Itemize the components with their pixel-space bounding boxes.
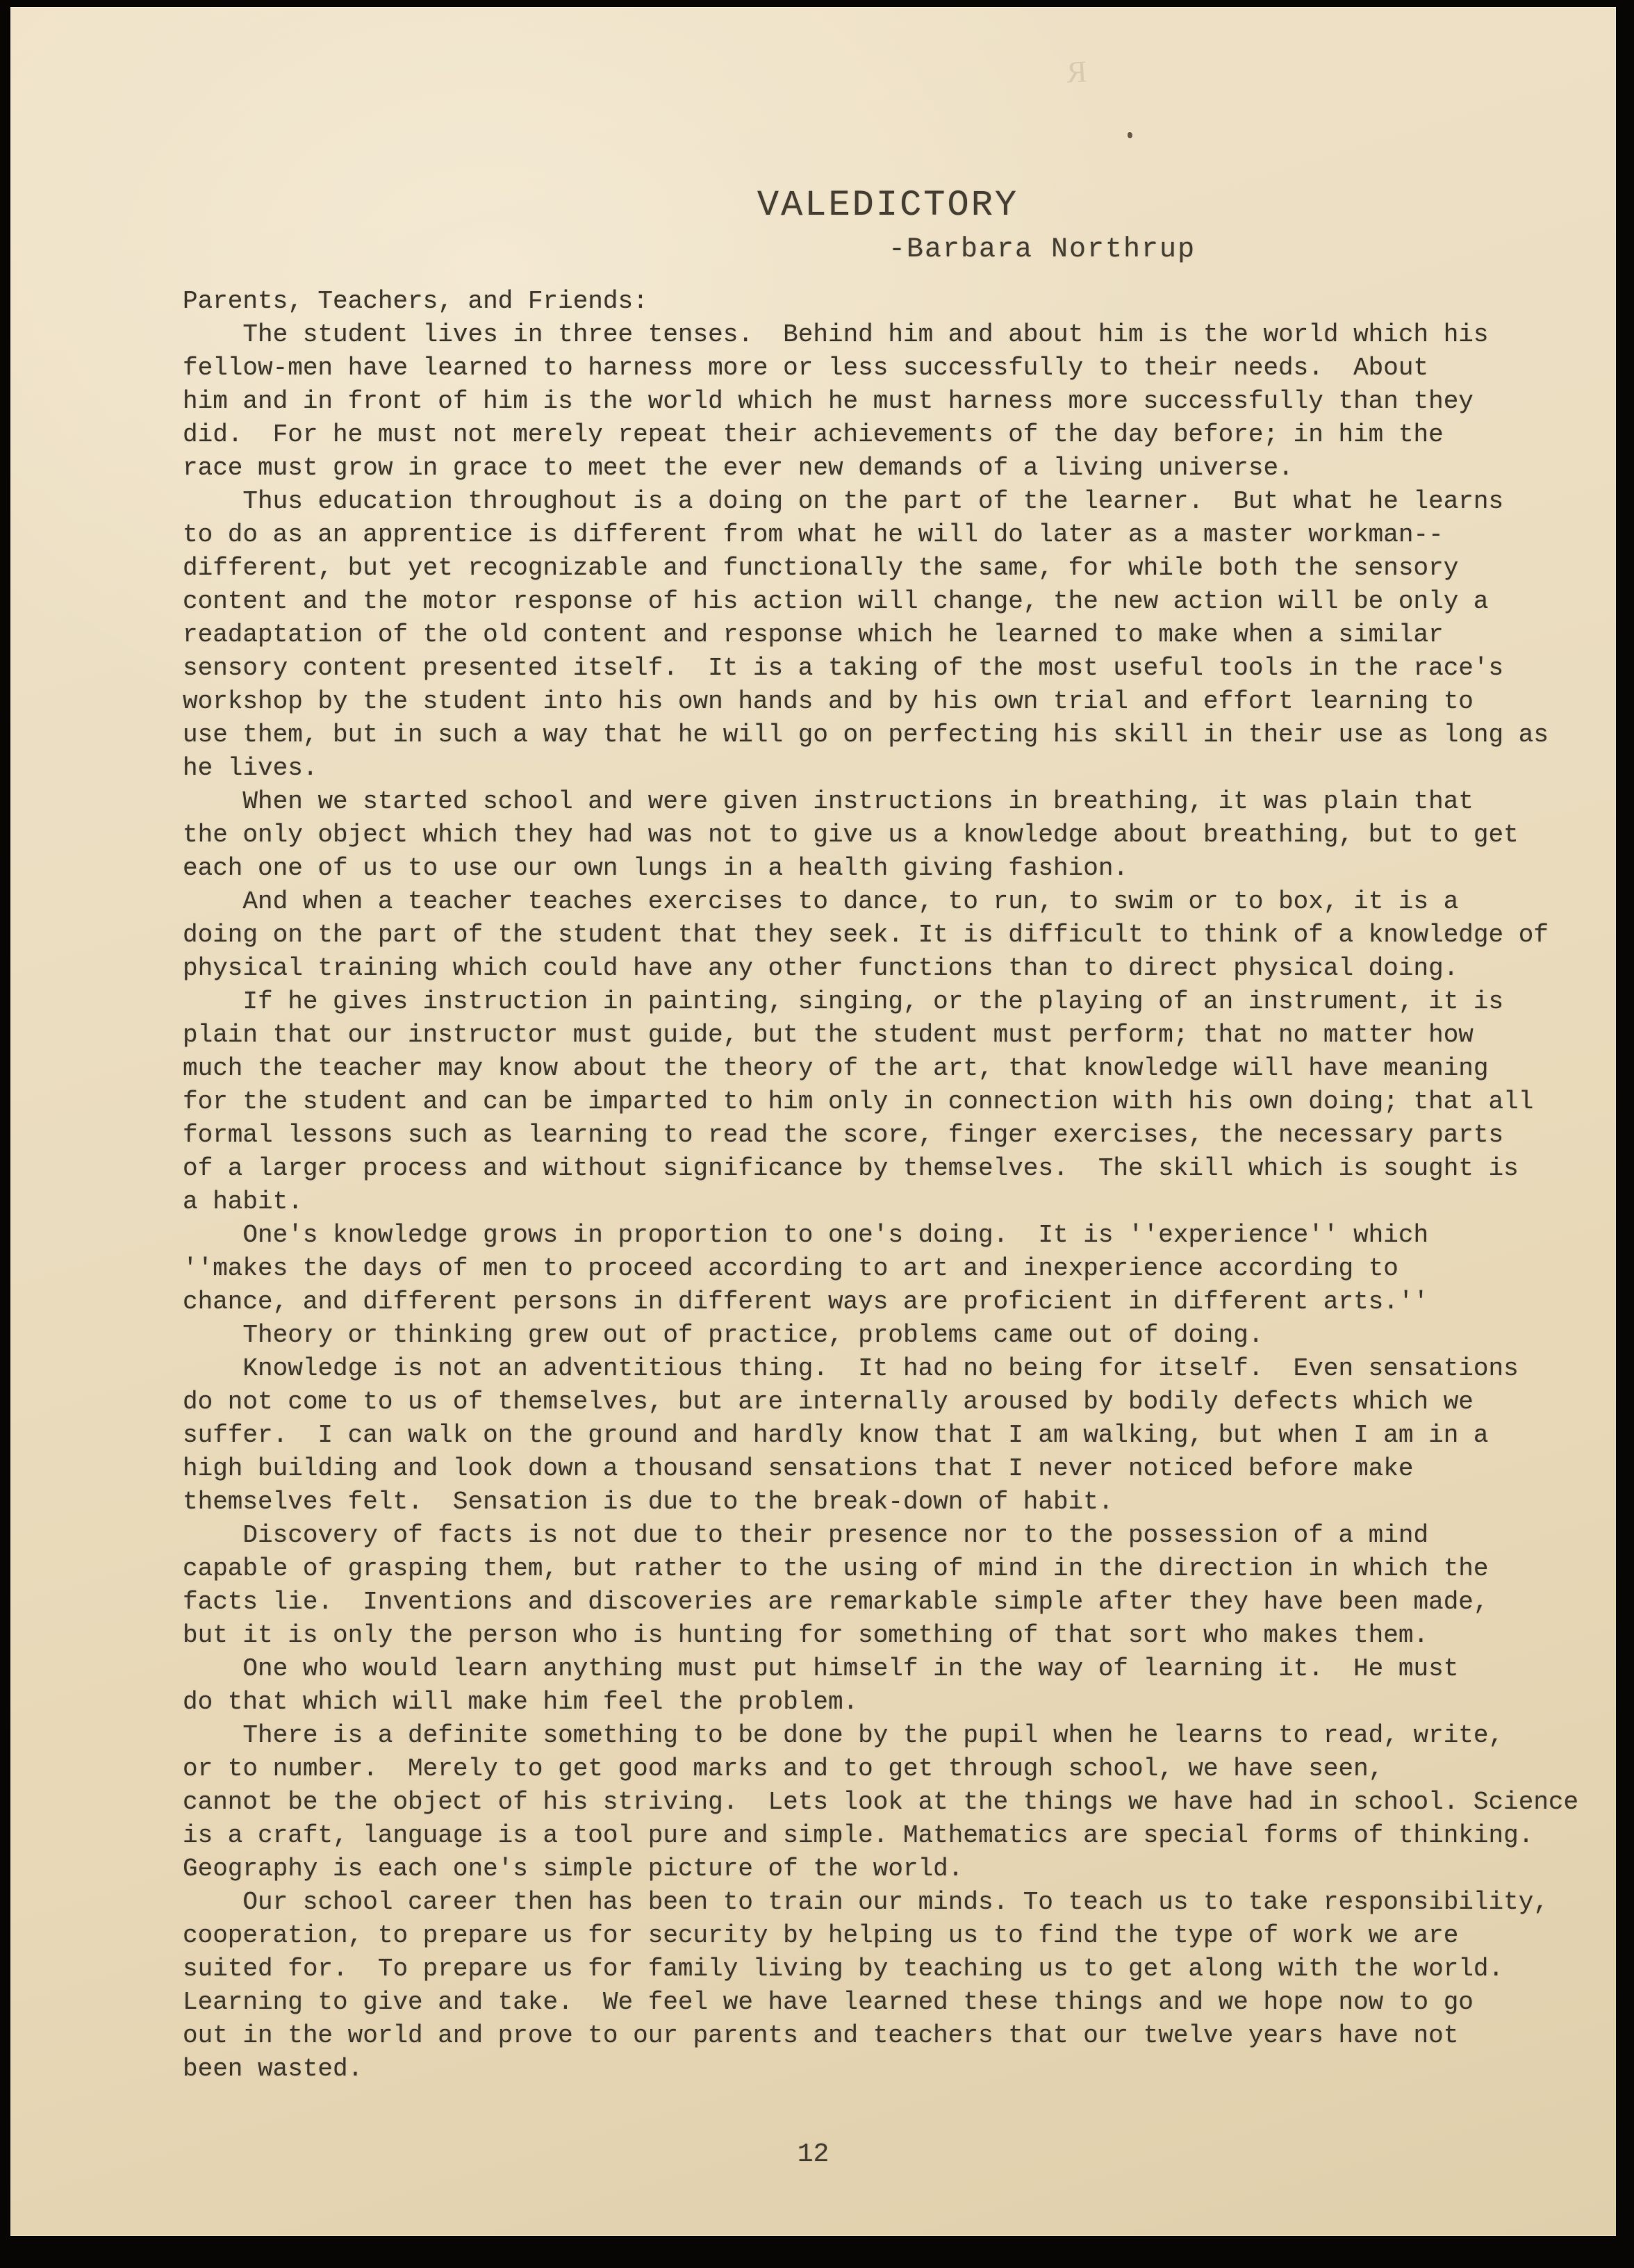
scan-background: R VALEDICTORY -Barbara Northrup Parents,… — [0, 0, 1634, 2268]
paragraph: Discovery of facts is not due to their p… — [183, 1519, 1593, 1652]
text-column: VALEDICTORY -Barbara Northrup Parents, T… — [183, 7, 1593, 2086]
salutation: Parents, Teachers, and Friends: — [183, 285, 1593, 318]
paragraph: Knowledge is not an adventitious thing. … — [183, 1352, 1593, 1519]
paragraph: Theory or thinking grew out of practice,… — [183, 1319, 1593, 1352]
paragraph: One's knowledge grows in proportion to o… — [183, 1219, 1593, 1319]
page-title: VALEDICTORY — [183, 186, 1593, 225]
paragraph: The student lives in three tenses. Behin… — [183, 318, 1593, 485]
paragraph: When we started school and were given in… — [183, 785, 1593, 885]
paragraph: And when a teacher teaches exercises to … — [183, 885, 1593, 985]
paragraph: One who would learn anything must put hi… — [183, 1652, 1593, 1719]
paragraph: There is a definite something to be done… — [183, 1719, 1593, 1886]
page-number: 12 — [10, 2139, 1616, 2169]
document-page: R VALEDICTORY -Barbara Northrup Parents,… — [10, 7, 1616, 2236]
paragraph: Thus education throughout is a doing on … — [183, 485, 1593, 785]
paragraph: Our school career then has been to train… — [183, 1886, 1593, 2086]
paragraph: If he gives instruction in painting, sin… — [183, 985, 1593, 1219]
byline: -Barbara Northrup — [889, 233, 1593, 267]
